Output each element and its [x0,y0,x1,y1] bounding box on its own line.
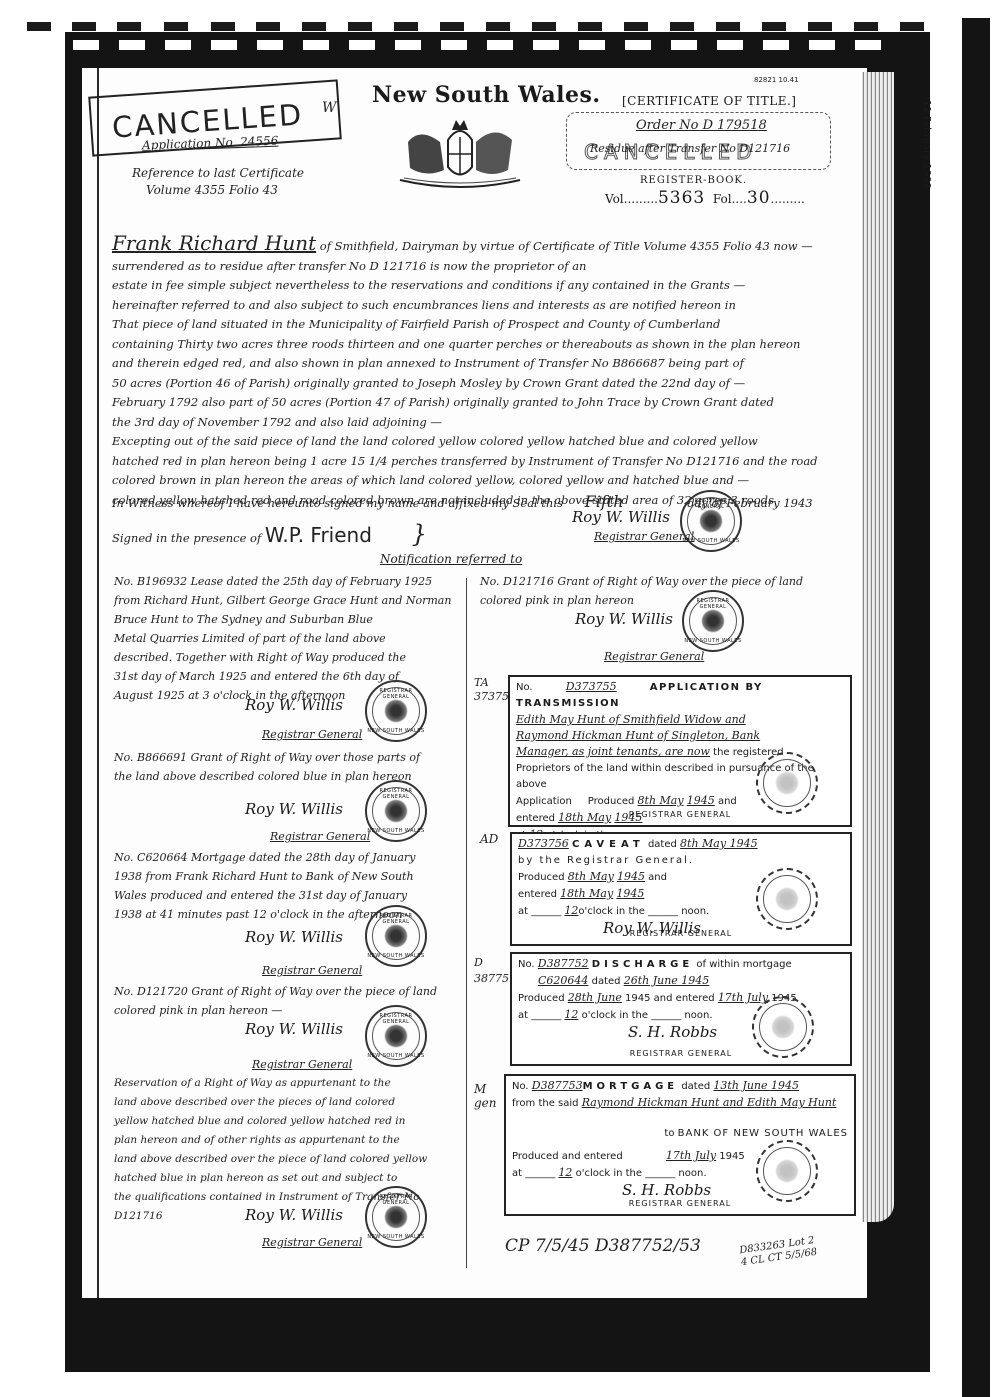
registrar-title: Registrar General [594,530,694,543]
vol-label: Vol. [605,192,627,206]
registrar-title: Registrar General [604,650,704,663]
registrar-signature: Roy W. Willis [245,928,343,946]
body-line: hatched red in plan hereon being 1 acre … [112,452,857,472]
registrar-general-seal-icon [756,752,818,814]
registrar-general-seal-icon: REGISTRAR GENERALNEW SOUTH WALES [365,780,427,842]
registrar-title: Registrar General [270,830,370,843]
folio-number: 30 [747,188,771,208]
registrar-signature: Roy W. Willis [245,1020,343,1038]
body-line: Excepting out of the said piece of land … [112,432,857,452]
body-line: That piece of land situated in the Munic… [112,315,857,335]
registrar-title: Registrar General [252,1058,352,1071]
page-stack-edge [862,72,894,1222]
reference-last-certificate: Reference to last Certificate Volume 435… [132,165,304,199]
registrar-signature: Roy W. Willis [245,1206,343,1224]
margin-note-mortgage: M gen [474,1082,504,1110]
registrar-signature: Roy W. Willis [575,610,673,628]
discharge-number: D387752 [538,957,589,970]
witness-clause: In Witness whereof I have hereunto signe… [112,492,857,511]
scan-edge-bar [962,18,990,1397]
witness-text: In Witness whereof I have hereunto signe… [112,496,563,510]
body-line: hereinafter referred to and also subject… [112,296,857,316]
volume-folio: Vol.........5363 Fol....30......... [605,188,805,208]
mortgage-number: D387753 [532,1079,583,1092]
cancelled-initial: W [322,100,336,116]
body-line: colored brown in plan hereon the areas o… [112,471,857,491]
box-footer: REGISTRAR GENERAL [506,1196,854,1212]
margin-note-transmission: TA 373755 [474,676,506,704]
registrar-signature: Roy W. Willis [572,508,670,526]
caveat-number: D373756 [518,837,569,850]
notification-entry-right-of-way-b866691: No. B866691 Grant of Right of Way over t… [114,748,464,786]
registrar-title: Registrar General [262,964,362,977]
reference-line-2: Volume 4355 Folio 43 [132,182,304,199]
witness-name: W.P. Friend [265,523,372,547]
residue-note: Residue after Transfer No D121716 [590,142,790,155]
registrar-general-seal-icon: REGISTRAR GENERALNEW SOUTH WALES [365,1186,427,1248]
binder-perforation-strip [27,22,987,32]
registrar-general-seal-icon [756,868,818,930]
registrar-general-seal-icon: REGISTRAR GENERALNEW SOUTH WALES [680,490,742,552]
margin-note-caveat: AD [480,832,498,846]
registrar-general-seal-icon [752,996,814,1058]
order-number: Order No D 179518 [636,118,767,133]
registrar-general-seal-icon: REGISTRAR GENERALNEW SOUTH WALES [365,1005,427,1067]
registrar-general-seal-icon: REGISTRAR GENERALNEW SOUTH WALES [365,905,427,967]
signed-in-presence: Signed in the presence of W.P. Friend } [112,520,427,548]
registrar-signature: Roy W. Willis [245,696,343,714]
registrar-title: Registrar General [262,728,362,741]
registrar-general-seal-icon [756,1140,818,1202]
body-line: 50 acres (Portion 46 of Parish) original… [112,374,857,394]
bottom-annotation: CP 7/5/45 D387752/53 [505,1236,701,1256]
body-line: estate in fee simple subject nevertheles… [112,276,857,296]
notification-heading: Notification referred to [380,552,522,566]
title-description: Frank Richard Hunt of Smithfield, Dairym… [112,234,857,510]
column-divider [466,578,467,1268]
reference-line-1: Reference to last Certificate [132,165,304,182]
fol-label: Fol. [713,192,736,206]
body-line: February 1792 also part of 50 acres (Por… [112,393,857,413]
body-line: the 3rd day of November 1792 and also la… [112,413,857,433]
proprietor-name: Frank Richard Hunt [112,231,316,255]
registrar-general-seal-icon: REGISTRAR GENERALNEW SOUTH WALES [365,680,427,742]
box-footer: REGISTRAR GENERAL [512,926,850,942]
register-book-label: REGISTER-BOOK. [640,175,747,186]
margin-rule [97,68,99,1298]
registrar-signature: Roy W. Willis [245,800,343,818]
registrar-general-seal-icon: REGISTRAR GENERALNEW SOUTH WALES [682,590,744,652]
signed-label: Signed in the presence of [112,531,261,545]
state-title: New South Wales. [372,82,601,108]
form-number: 82821 10.41 [754,76,799,84]
certificate-of-title-label: [CERTIFICATE OF TITLE.] [622,94,796,108]
volume-number: 5363 [658,188,705,208]
transmission-number: D373755 [566,680,617,693]
royal-coat-of-arms-icon [380,112,540,190]
registrar-title: Registrar General [262,1236,362,1249]
body-line: containing Thirty two acres three roods … [112,335,857,355]
body-line: and therein edged red, and also shown in… [112,354,857,374]
box-title: APPLICATION BY TRANSMISSION [516,682,763,709]
margin-note-discharge: D 387751 [474,955,508,987]
side-date-stamp: 11 February 1999 [921,100,932,189]
notification-entry-right-of-way-d121716: No. D121716 Grant of Right of Way over t… [480,572,860,610]
